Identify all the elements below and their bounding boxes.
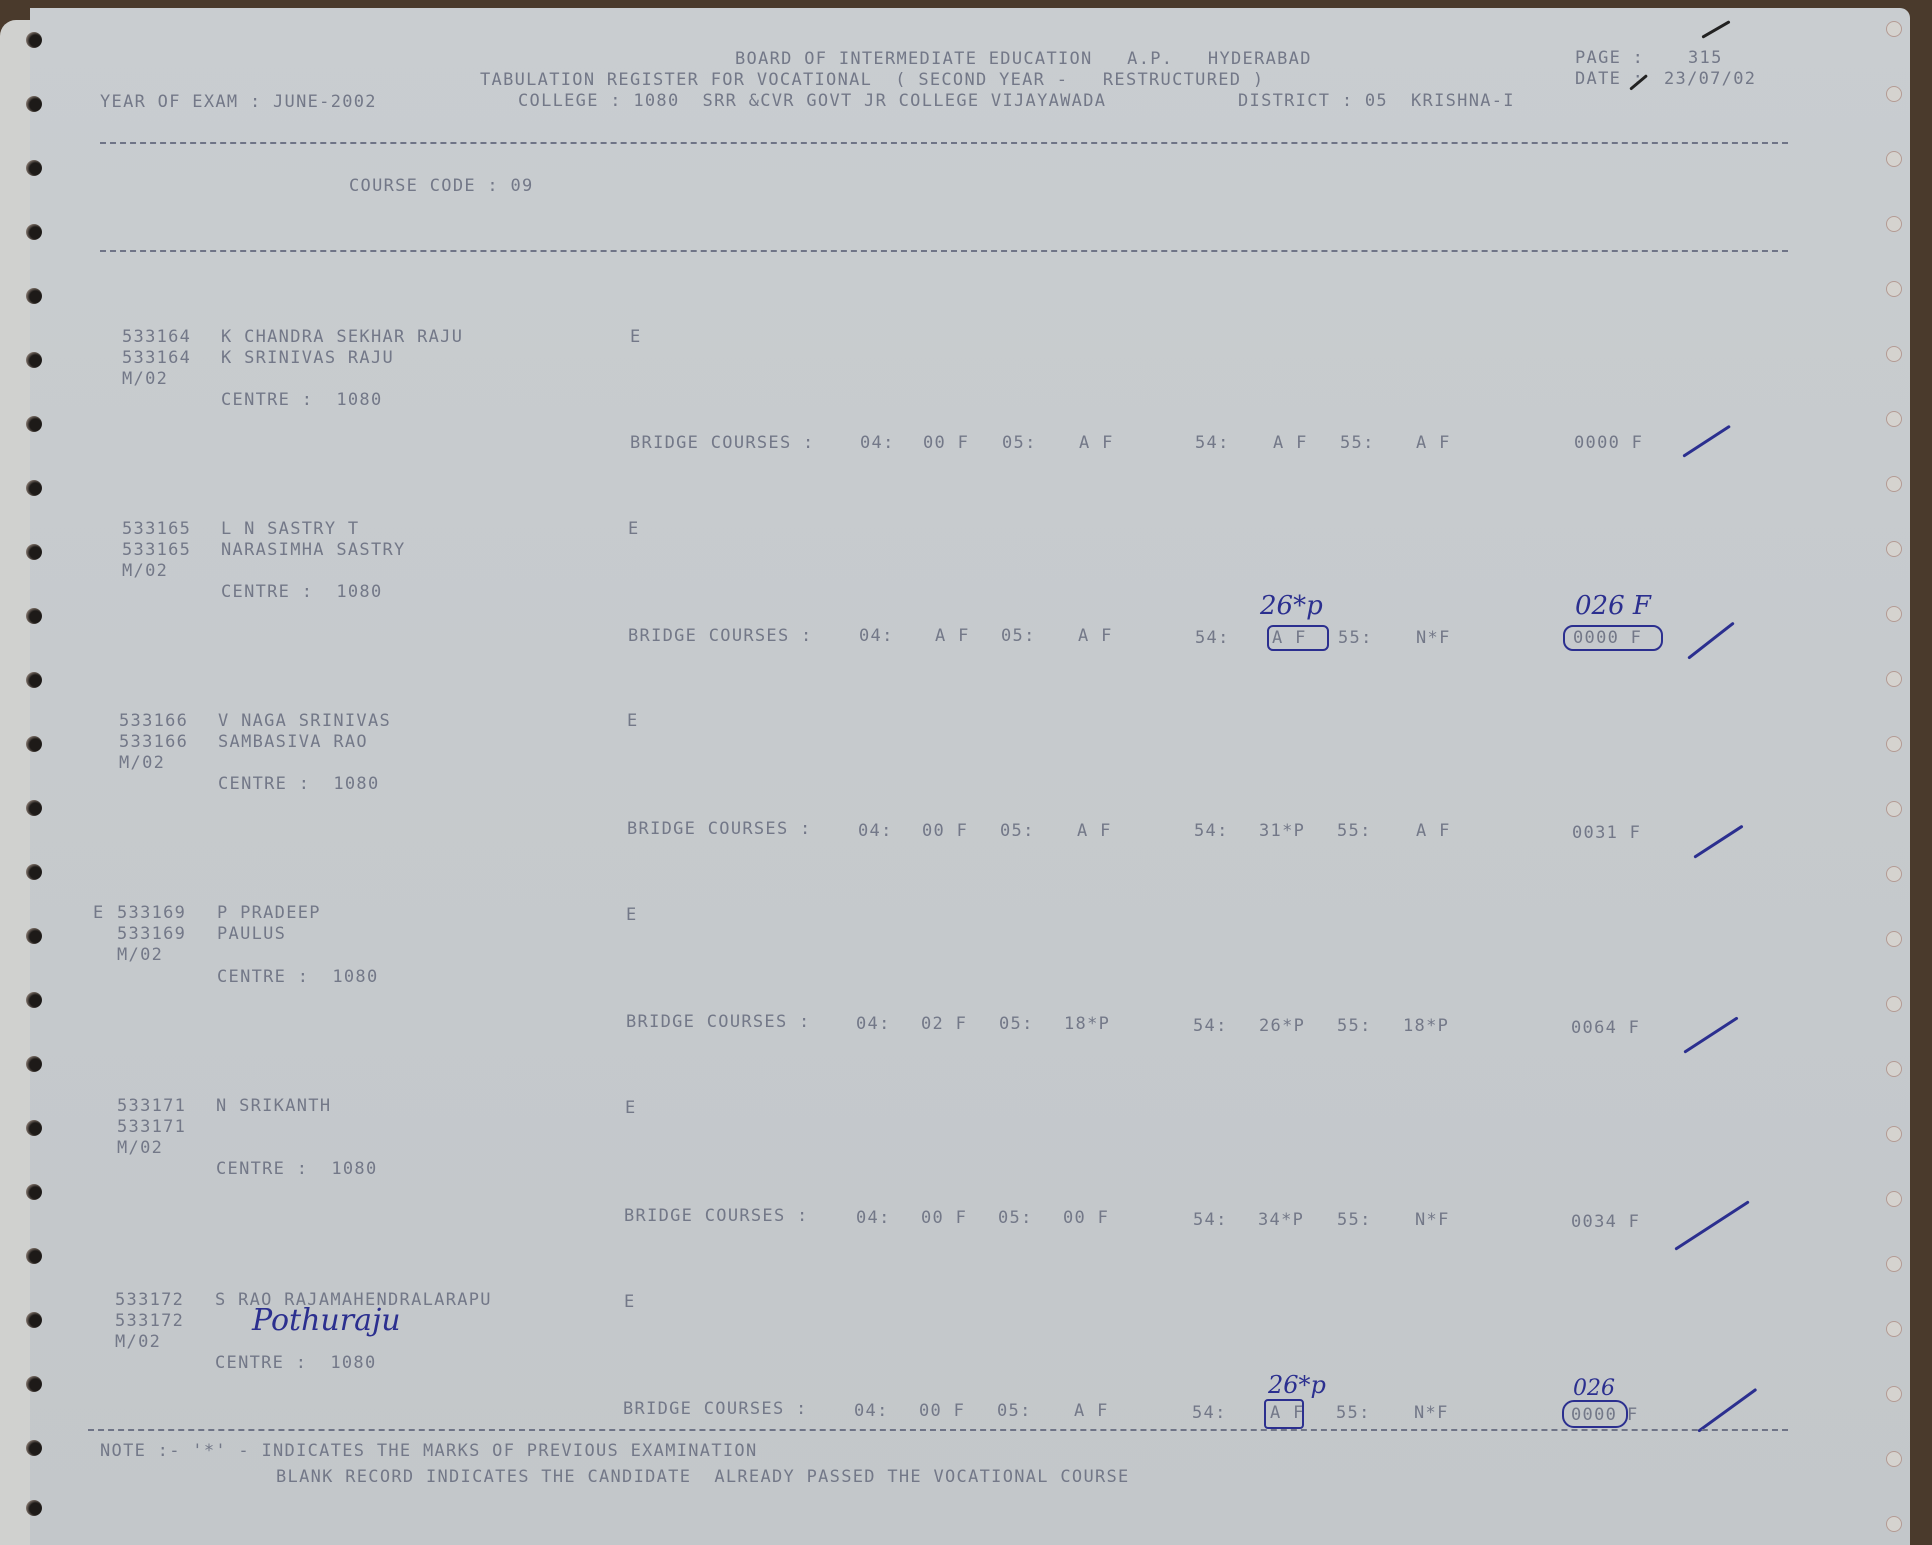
check-mark <box>1683 1016 1738 1053</box>
code-04: 04: <box>858 823 893 840</box>
ink-correction-total: 026 F <box>1575 593 1651 619</box>
binder-hole <box>26 864 42 880</box>
code-05: 05: <box>1000 823 1035 840</box>
code-55: 55: <box>1337 823 1372 840</box>
tractor-hole <box>1886 1061 1902 1077</box>
code-54: 54: <box>1193 1018 1228 1035</box>
session: M/02 <box>115 1334 161 1351</box>
binder-hole <box>26 32 42 48</box>
mark-04: 00 F <box>921 1210 967 1227</box>
mark-55: N*F <box>1415 1212 1450 1229</box>
total: 0034 F <box>1571 1214 1640 1231</box>
bridge-label: BRIDGE COURSES : <box>624 1208 809 1225</box>
page-label: PAGE : <box>1575 50 1644 67</box>
bridge-label: BRIDGE COURSES : <box>628 628 813 645</box>
session: M/02 <box>119 755 165 772</box>
session: M/02 <box>122 371 168 388</box>
mark-05: A F <box>1077 823 1112 840</box>
session: M/02 <box>122 563 168 580</box>
session: M/02 <box>117 947 163 964</box>
binder-hole <box>26 800 42 816</box>
mark-04: A F <box>935 628 970 645</box>
code-54: 54: <box>1195 435 1230 452</box>
tractor-hole <box>1886 86 1902 102</box>
session: M/02 <box>117 1140 163 1157</box>
mark-55: N*F <box>1416 630 1451 647</box>
binder-hole <box>26 992 42 1008</box>
bridge-label: BRIDGE COURSES : <box>630 435 815 452</box>
board-title: BOARD OF INTERMEDIATE EDUCATION A.P. HYD… <box>735 51 1312 68</box>
ink-circle-total <box>1563 625 1663 651</box>
parent-name: PAULUS <box>217 926 286 943</box>
mark-04: 00 F <box>922 823 968 840</box>
binder-hole <box>26 1120 42 1136</box>
code-54: 54: <box>1194 823 1229 840</box>
mark-54: 34*P <box>1258 1212 1304 1229</box>
code-04: 04: <box>859 628 894 645</box>
check-mark <box>1687 622 1734 660</box>
code-05: 05: <box>1001 628 1036 645</box>
tractor-hole <box>1886 541 1902 557</box>
code-54: 54: <box>1193 1212 1228 1229</box>
total: 0064 F <box>1571 1020 1640 1037</box>
hall-ticket-2: 533169 <box>117 926 186 943</box>
code-55: 55: <box>1340 435 1375 452</box>
binder-hole <box>26 672 42 688</box>
tractor-hole <box>1886 1191 1902 1207</box>
parent-name: NARASIMHA SASTRY <box>221 542 406 559</box>
binder-hole <box>26 96 42 112</box>
student-name: N SRIKANTH <box>216 1098 331 1115</box>
total: 0000 F <box>1574 435 1643 452</box>
hall-ticket: 533166 <box>119 713 188 730</box>
note-line-1: NOTE :- '*' - INDICATES THE MARKS OF PRE… <box>100 1443 758 1460</box>
record-flag: E <box>624 1294 636 1311</box>
mark-05: 00 F <box>1063 1210 1109 1227</box>
centre: CENTRE : 1080 <box>217 969 379 986</box>
check-mark <box>1693 825 1743 859</box>
tractor-hole <box>1886 1516 1902 1532</box>
binder-hole <box>26 928 42 944</box>
hall-ticket: 533164 <box>122 329 191 346</box>
tractor-hole <box>1886 411 1902 427</box>
hall-ticket: 533169 <box>117 905 186 922</box>
record-flag: E <box>625 1100 637 1117</box>
record-flag: E <box>626 907 638 924</box>
binder-hole <box>26 1440 42 1456</box>
tractor-hole <box>1886 281 1902 297</box>
year-of-exam: YEAR OF EXAM : JUNE-2002 <box>100 94 377 111</box>
mark-54: A F <box>1273 435 1308 452</box>
binder-hole <box>26 1248 42 1264</box>
binder-hole <box>26 1312 42 1328</box>
student-name: P PRADEEP <box>217 905 321 922</box>
print-date: 23/07/02 <box>1664 71 1756 88</box>
check-mark <box>1674 1200 1749 1250</box>
hall-ticket: 533165 <box>122 521 191 538</box>
binder-hole <box>26 416 42 432</box>
hall-ticket-2: 533171 <box>117 1119 186 1136</box>
code-04: 04: <box>856 1210 891 1227</box>
record-prefix: E <box>93 905 105 922</box>
code-04: 04: <box>856 1016 891 1033</box>
total: 0031 F <box>1572 825 1641 842</box>
register-title: TABULATION REGISTER FOR VOCATIONAL ( SEC… <box>480 72 1264 89</box>
tractor-hole <box>1886 1321 1902 1337</box>
code-05: 05: <box>1002 435 1037 452</box>
course-divider <box>100 250 1788 252</box>
mark-55: 18*P <box>1403 1018 1449 1035</box>
handwritten-name: Pothuraju <box>252 1306 401 1336</box>
hall-ticket-2: 533172 <box>115 1313 184 1330</box>
mark-55: A F <box>1416 435 1451 452</box>
hall-ticket-2: 533166 <box>119 734 188 751</box>
record-flag: E <box>630 329 642 346</box>
mark-04: 02 F <box>921 1016 967 1033</box>
mark-05: 18*P <box>1064 1016 1110 1033</box>
bridge-label: BRIDGE COURSES : <box>627 821 812 838</box>
tractor-hole <box>1886 931 1902 947</box>
ink-circle-total <box>1562 1400 1628 1428</box>
centre: CENTRE : 1080 <box>221 392 383 409</box>
mark-04: 00 F <box>923 435 969 452</box>
tractor-hole <box>1886 606 1902 622</box>
centre: CENTRE : 1080 <box>218 776 380 793</box>
binder-hole <box>26 608 42 624</box>
ink-correction-54: 26*p <box>1268 1373 1326 1397</box>
hall-ticket: 533172 <box>115 1292 184 1309</box>
mark-05: A F <box>1078 628 1113 645</box>
mark-04: 00 F <box>919 1403 965 1420</box>
tractor-hole <box>1886 736 1902 752</box>
footer-divider <box>88 1429 1788 1431</box>
tractor-hole <box>1886 1126 1902 1142</box>
district-line: DISTRICT : 05 KRISHNA-I <box>1238 93 1515 110</box>
binder-hole <box>26 544 42 560</box>
mark-55: A F <box>1416 823 1451 840</box>
tractor-hole <box>1886 346 1902 362</box>
hall-ticket-2: 533164 <box>122 350 191 367</box>
tractor-hole <box>1886 671 1902 687</box>
code-55: 55: <box>1337 1018 1372 1035</box>
tractor-hole <box>1886 21 1902 37</box>
code-54: 54: <box>1195 630 1230 647</box>
parent-name: K SRINIVAS RAJU <box>221 350 394 367</box>
student-name: L N SASTRY T <box>221 521 359 538</box>
centre: CENTRE : 1080 <box>216 1161 378 1178</box>
code-05: 05: <box>997 1403 1032 1420</box>
tractor-hole <box>1886 1451 1902 1467</box>
check-mark <box>1697 1388 1757 1432</box>
binder-hole <box>26 224 42 240</box>
page-number: 315 <box>1688 50 1723 67</box>
mark-05: A F <box>1074 1403 1109 1420</box>
code-55: 55: <box>1338 630 1373 647</box>
binder-hole <box>26 288 42 304</box>
course-code: COURSE CODE : 09 <box>349 178 534 195</box>
code-05: 05: <box>999 1016 1034 1033</box>
bridge-label: BRIDGE COURSES : <box>626 1014 811 1031</box>
binder-hole <box>26 736 42 752</box>
tractor-hole <box>1886 996 1902 1012</box>
pen-mark-top <box>1701 20 1730 38</box>
binder-hole <box>26 352 42 368</box>
ink-correction-total: 026 <box>1573 1378 1615 1400</box>
tractor-hole <box>1886 1256 1902 1272</box>
mark-54: 26*P <box>1259 1018 1305 1035</box>
centre: CENTRE : 1080 <box>221 584 383 601</box>
tractor-hole <box>1886 216 1902 232</box>
tractor-hole <box>1886 1386 1902 1402</box>
binder-hole <box>26 1376 42 1392</box>
tractor-hole <box>1886 801 1902 817</box>
code-55: 55: <box>1337 1212 1372 1229</box>
record-flag: E <box>627 713 639 730</box>
header-divider <box>100 142 1788 144</box>
binder-hole <box>26 1056 42 1072</box>
mark-05: A F <box>1079 435 1114 452</box>
tractor-hole <box>1886 866 1902 882</box>
code-05: 05: <box>998 1210 1033 1227</box>
code-04: 04: <box>860 435 895 452</box>
tabulation-register-page: YEAR OF EXAM : JUNE-2002 BOARD OF INTERM… <box>30 8 1910 1545</box>
parent-name: SAMBASIVA RAO <box>218 734 368 751</box>
ink-circle-54 <box>1267 625 1329 651</box>
mark-55: N*F <box>1414 1405 1449 1422</box>
binder-hole <box>26 480 42 496</box>
hall-ticket: 533171 <box>117 1098 186 1115</box>
ink-circle-54 <box>1264 1399 1304 1429</box>
record-flag: E <box>628 521 640 538</box>
total-suffix: F <box>1627 1407 1639 1424</box>
tractor-hole <box>1886 476 1902 492</box>
check-mark <box>1682 425 1730 458</box>
binder-hole <box>26 1500 42 1516</box>
note-line-2: BLANK RECORD INDICATES THE CANDIDATE ALR… <box>276 1469 1130 1486</box>
centre: CENTRE : 1080 <box>215 1355 377 1372</box>
ink-correction-54: 26*p <box>1260 593 1323 619</box>
binder-hole <box>26 160 42 176</box>
bridge-label: BRIDGE COURSES : <box>623 1401 808 1418</box>
mark-54: 31*P <box>1259 823 1305 840</box>
code-04: 04: <box>854 1403 889 1420</box>
code-54: 54: <box>1192 1405 1227 1422</box>
student-name: V NAGA SRINIVAS <box>218 713 391 730</box>
tractor-hole <box>1886 151 1902 167</box>
hall-ticket-2: 533165 <box>122 542 191 559</box>
code-55: 55: <box>1336 1405 1371 1422</box>
college-line: COLLEGE : 1080 SRR &CVR GOVT JR COLLEGE … <box>518 93 1106 110</box>
student-name: K CHANDRA SEKHAR RAJU <box>221 329 463 346</box>
binder-hole <box>26 1184 42 1200</box>
